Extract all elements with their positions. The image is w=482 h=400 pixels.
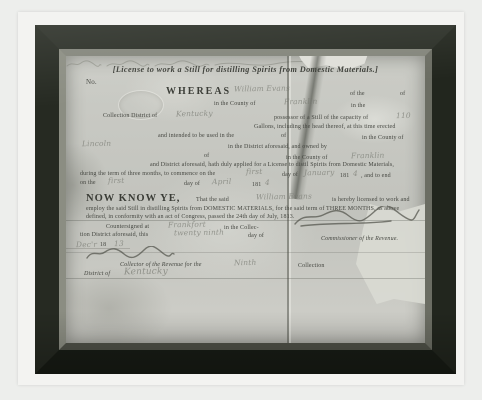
of-the-text: of the bbox=[350, 91, 365, 97]
gallons-text: Gallons, including the head thereof, at … bbox=[254, 124, 396, 130]
hw-licensee-name: William Evans bbox=[256, 193, 312, 201]
hw-district: Kentucky bbox=[176, 110, 213, 118]
hw-collection-number: Ninth bbox=[234, 259, 257, 267]
collection-word: Collection bbox=[298, 263, 325, 269]
collection-district-label: Collection District of bbox=[103, 113, 157, 119]
doc-title: [License to work a Still for distilling … bbox=[66, 66, 425, 74]
hw-town: Lincoln bbox=[82, 140, 111, 148]
district-of-label: District of bbox=[84, 271, 110, 277]
licensed-text: is hereby licensed to work and bbox=[332, 197, 410, 203]
hw-county: Franklin bbox=[284, 98, 318, 106]
county-label: in the County of bbox=[214, 101, 256, 107]
possessor-text: possessor of a Still of the capacity of bbox=[274, 115, 368, 121]
hw-countersign-day: twenty ninth bbox=[174, 229, 224, 237]
county-label: in the County of bbox=[286, 155, 328, 161]
day-of-label: day of bbox=[248, 233, 264, 239]
hw-capacity: 110 bbox=[396, 112, 411, 120]
tion-district-text: tion District aforesaid, this bbox=[80, 232, 148, 238]
collector-signature bbox=[84, 246, 176, 262]
hw-end-month: April bbox=[212, 178, 231, 186]
hw-collector-district: Kentucky bbox=[124, 268, 168, 278]
day-of-label: day of bbox=[184, 181, 200, 187]
commissioner-signature bbox=[291, 206, 423, 230]
hw-end-day: first bbox=[108, 177, 125, 185]
no-label: No. bbox=[86, 79, 97, 86]
that-the-said-text: That the said bbox=[196, 197, 229, 203]
photograph-print: [License to work a Still for distilling … bbox=[18, 12, 464, 385]
now-know-ye-word: NOW KNOW YE, bbox=[86, 194, 180, 205]
in-the-text: in the bbox=[351, 103, 365, 109]
day-of-label: day of bbox=[282, 172, 298, 178]
of-text: of bbox=[281, 133, 286, 139]
wood-picture-frame: [License to work a Still for distilling … bbox=[35, 25, 456, 374]
year-prefix: 181 bbox=[340, 173, 349, 179]
hw-year-digit: 4 bbox=[265, 179, 270, 187]
countersigned-label: Countersigned at bbox=[106, 224, 149, 230]
fold-rule-line bbox=[66, 278, 425, 279]
hw-licensee-name: William Evans bbox=[234, 85, 290, 93]
and-to-end-text: , and to end bbox=[361, 173, 391, 179]
license-document: [License to work a Still for distilling … bbox=[66, 56, 425, 343]
hw-commence-day: first bbox=[246, 168, 263, 176]
frame-inner-liner: [License to work a Still for distilling … bbox=[59, 49, 432, 350]
intended-text: and intended to be used in the bbox=[158, 133, 234, 139]
commissioner-caption: Commissioner of the Revenue. bbox=[321, 236, 398, 242]
framed-document-photo: [License to work a Still for distilling … bbox=[35, 25, 456, 374]
in-the-collec-text: in the Collec- bbox=[224, 225, 259, 231]
owned-by-text: in the District aforesaid, and owned by bbox=[228, 144, 327, 150]
hw-commence-month: January bbox=[304, 169, 335, 177]
whereas-word: WHEREAS bbox=[166, 87, 231, 97]
year-prefix: 181 bbox=[252, 182, 261, 188]
on-the-label: on the bbox=[80, 180, 96, 186]
of-text: of bbox=[400, 91, 405, 97]
during-text: during the term of three months, to comm… bbox=[80, 171, 215, 177]
hw-year-digit: 4 bbox=[353, 170, 358, 178]
of-text: of bbox=[204, 153, 209, 159]
applied-text: and District aforesaid, hath duly applie… bbox=[150, 162, 394, 168]
hw-county: Franklin bbox=[351, 152, 385, 160]
county-label: in the County of bbox=[362, 135, 404, 141]
